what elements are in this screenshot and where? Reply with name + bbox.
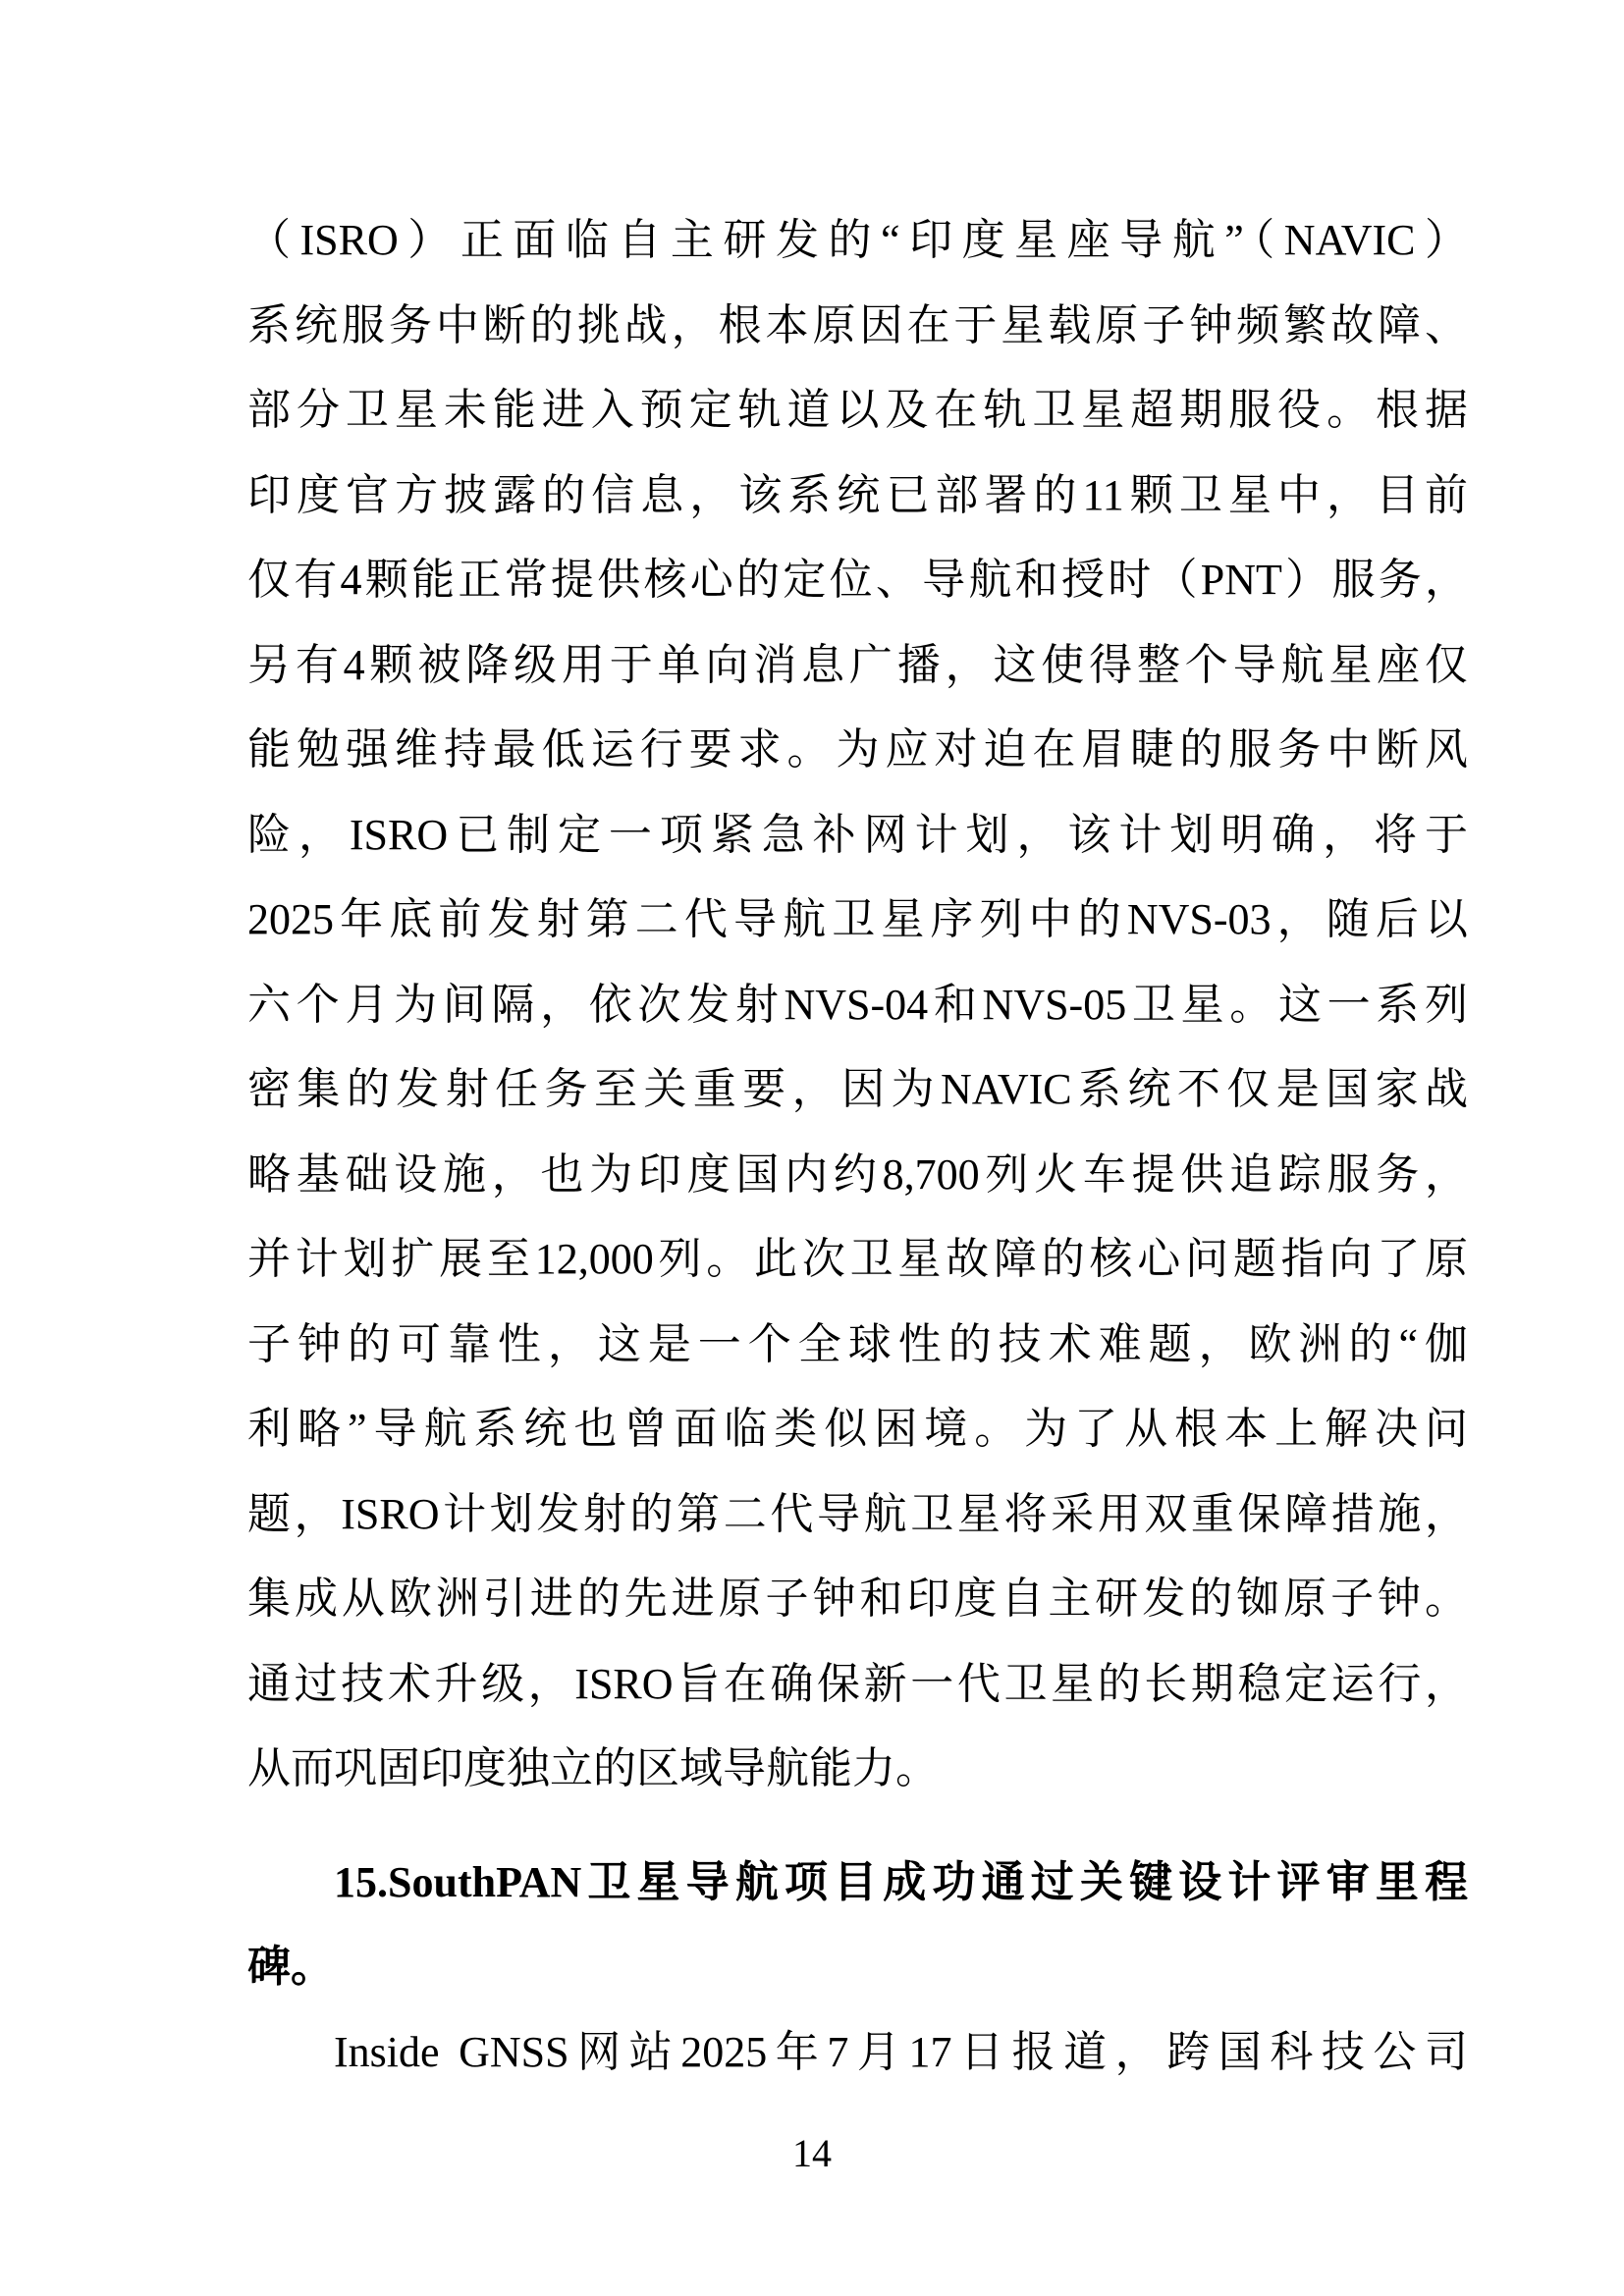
body-text-line: 2025年底前发射第二代导航卫星序列中的NVS-03，随后以	[247, 878, 1468, 963]
body-text-line: 部分卫星未能进入预定轨道以及在轨卫星超期服役。根据	[247, 368, 1468, 454]
heading-text-line: 15.SouthPAN卫星导航项目成功通过关键设计评审里程	[247, 1841, 1468, 1926]
document-page: （ISRO）正面临自主研发的“印度星座导航”（NAVIC）系统服务中断的挑战，根…	[0, 0, 1624, 2296]
page-number: 14	[0, 2132, 1624, 2175]
body-text-line: 印度官方披露的信息，该系统已部署的11颗卫星中，目前	[247, 454, 1468, 539]
paragraph-isro-navic: （ISRO）正面临自主研发的“印度星座导航”（NAVIC）系统服务中断的挑战，根…	[247, 198, 1468, 1812]
body-text-line: 六个月为间隔，依次发射NVS-04和NVS-05卫星。这一系列	[247, 963, 1468, 1048]
body-text-line: 利略”导航系统也曾面临类似困境。为了从根本上解决问	[247, 1387, 1468, 1472]
body-text-line: 题，ISRO计划发射的第二代导航卫星将采用双重保障措施，	[247, 1472, 1468, 1558]
body-text-line: 略基础设施，也为印度国内约8,700列火车提供追踪服务，	[247, 1133, 1468, 1218]
heading-text-line: 碑。	[247, 1925, 1468, 2010]
body-text-line: 并计划扩展至12,000列。此次卫星故障的核心问题指向了原	[247, 1217, 1468, 1303]
section-heading-15-southpan: 15.SouthPAN卫星导航项目成功通过关键设计评审里程碑。	[247, 1841, 1468, 2010]
body-text-line: 密集的发射任务至关重要，因为NAVIC系统不仅是国家战	[247, 1047, 1468, 1133]
body-text-line: 能勉强维持最低运行要求。为应对迫在眉睫的服务中断风	[247, 708, 1468, 793]
body-text-line: （ISRO）正面临自主研发的“印度星座导航”（NAVIC）	[247, 198, 1468, 284]
paragraph-southpan-intro: Inside GNSS网站2025年7月17日报道，跨国科技公司	[247, 2010, 1468, 2096]
body-text-line: 另有4颗被降级用于单向消息广播，这使得整个导航星座仅	[247, 623, 1468, 709]
text-block: （ISRO）正面临自主研发的“印度星座导航”（NAVIC）系统服务中断的挑战，根…	[247, 198, 1468, 2095]
body-text-line: 通过技术升级，ISRO旨在确保新一代卫星的长期稳定运行，	[247, 1642, 1468, 1728]
body-text-line: 子钟的可靠性，这是一个全球性的技术难题，欧洲的“伽	[247, 1303, 1468, 1388]
body-text-line: 从而巩固印度独立的区域导航能力。	[247, 1727, 1468, 1812]
body-text-line: Inside GNSS网站2025年7月17日报道，跨国科技公司	[247, 2010, 1468, 2096]
body-text-line: 险，ISRO已制定一项紧急补网计划，该计划明确，将于	[247, 793, 1468, 879]
body-text-line: 系统服务中断的挑战，根本原因在于星载原子钟频繁故障、	[247, 284, 1468, 369]
body-text-line: 集成从欧洲引进的先进原子钟和印度自主研发的铷原子钟。	[247, 1557, 1468, 1642]
body-text-line: 仅有4颗能正常提供核心的定位、导航和授时（PNT）服务，	[247, 538, 1468, 623]
